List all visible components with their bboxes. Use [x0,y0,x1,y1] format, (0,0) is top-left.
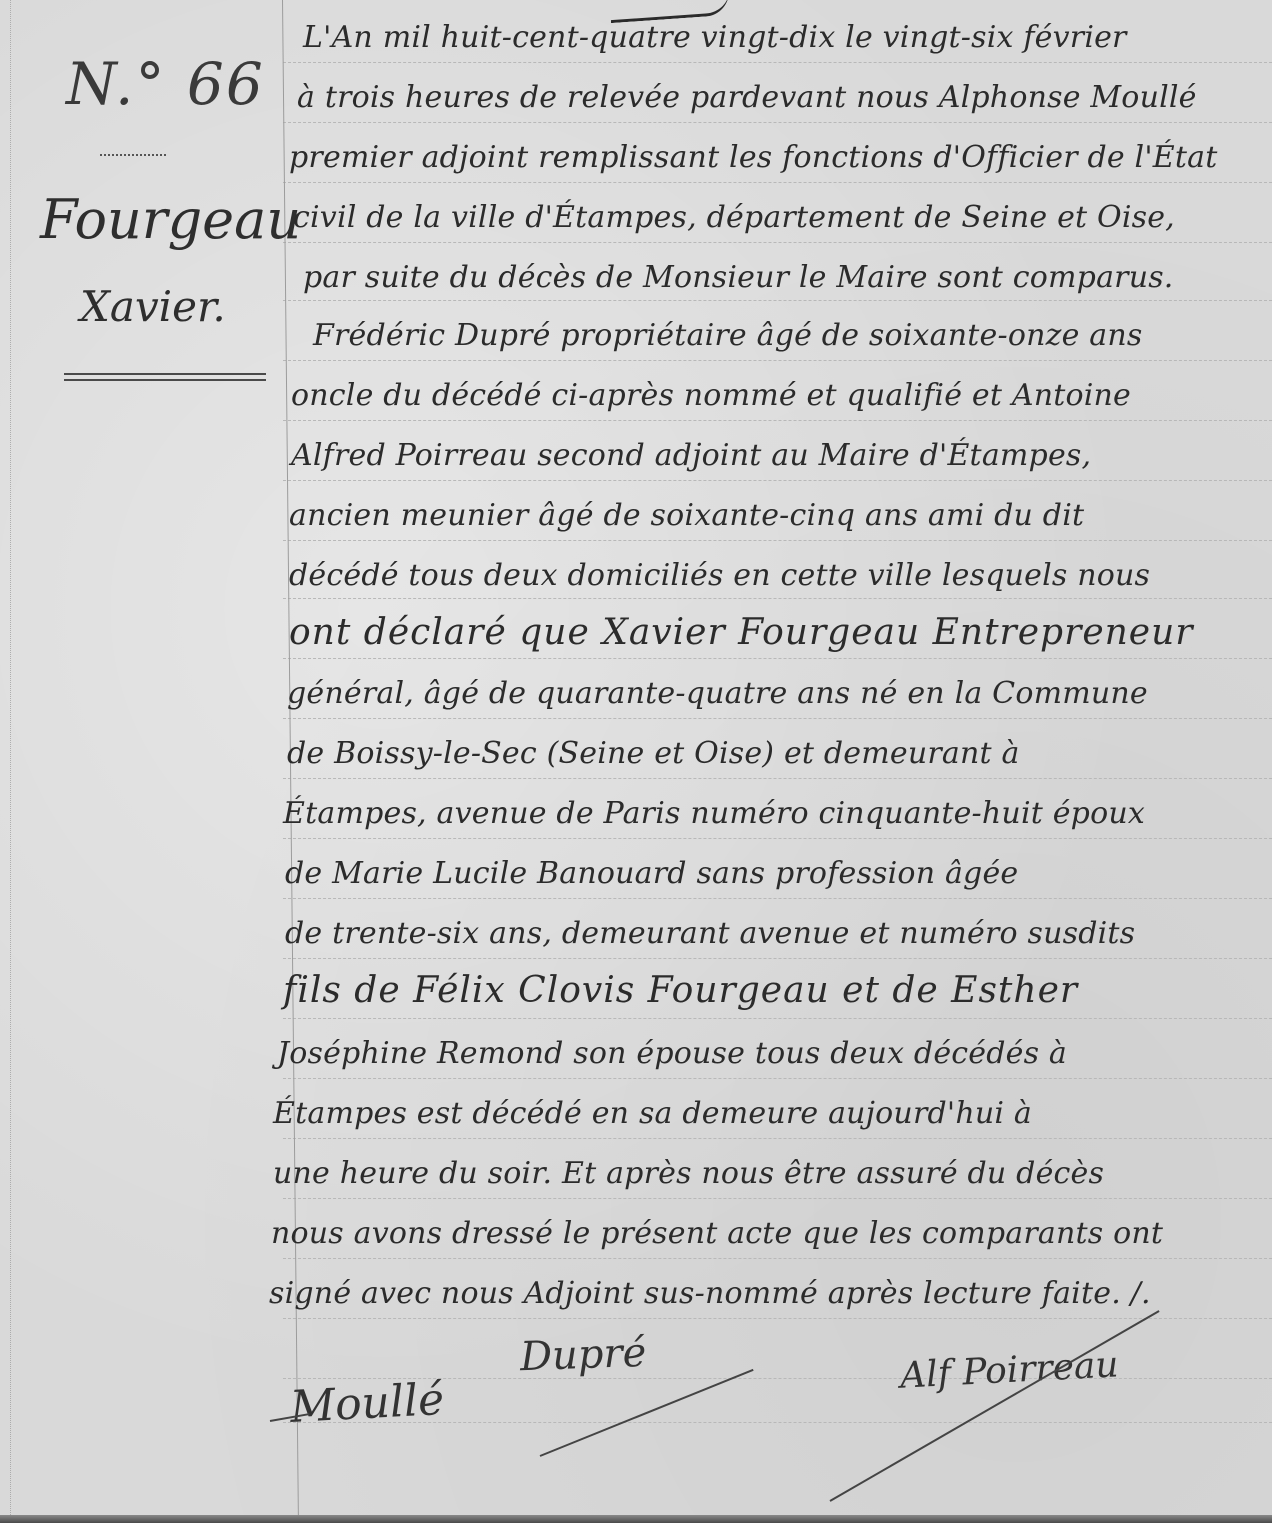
record-number: N.° 66 [66,50,265,118]
body-line: L'An mil huit-cent-quatre vingt-dix le v… [303,20,1127,55]
body-line: Alfred Poirreau second adjoint au Maire … [291,438,1091,473]
signature-dupre: Dupré [519,1330,647,1380]
double-underline [64,373,266,381]
margin-given-name: Xavier. [80,282,226,331]
body-line: à trois heures de relevée pardevant nous… [297,80,1197,115]
body-line: Frédéric Dupré propriétaire âgé de soixa… [313,318,1143,353]
decorative-squiggle [100,148,166,156]
signature-moulle: Moullé [289,1374,446,1433]
body-line: premier adjoint remplissant les fonction… [289,140,1218,175]
body-line: Étampes, avenue de Paris numéro cinquant… [283,796,1145,831]
record-body: L'An mil huit-cent-quatre vingt-dix le v… [283,0,1272,1523]
body-line: ont déclaré que Xavier Fourgeau Entrepre… [289,612,1194,653]
body-line: civil de la ville d'Étampes, département… [293,200,1175,235]
body-line: général, âgé de quarante-quatre ans né e… [287,676,1148,711]
body-line: Étampes est décédé en sa demeure aujourd… [273,1096,1032,1131]
document-page: N.° 66 Fourgeau Xavier. L'An mil huit-ce… [0,0,1272,1523]
body-line: par suite du décès de Monsieur le Maire … [303,260,1174,295]
body-line: Joséphine Remond son épouse tous deux dé… [277,1036,1067,1071]
body-line: décédé tous deux domiciliés en cette vil… [289,558,1150,593]
body-line: oncle du décédé ci-après nommé et qualif… [291,378,1131,413]
body-line: de trente-six ans, demeurant avenue et n… [285,916,1135,951]
body-line: de Marie Lucile Banouard sans profession… [285,856,1018,891]
margin-surname: Fourgeau [40,188,301,251]
body-line: signé avec nous Adjoint sus-nommé après … [269,1276,1151,1311]
body-line: fils de Félix Clovis Fourgeau et de Esth… [283,970,1078,1011]
body-line: nous avons dressé le présent acte que le… [271,1216,1163,1251]
body-line: une heure du soir. Et après nous être as… [273,1156,1104,1191]
body-line: de Boissy-le-Sec (Seine et Oise) et deme… [287,736,1020,771]
margin-column: N.° 66 Fourgeau Xavier. [0,0,282,1523]
page-bottom-edge [0,1515,1272,1523]
body-line: ancien meunier âgé de soixante-cinq ans … [289,498,1084,533]
